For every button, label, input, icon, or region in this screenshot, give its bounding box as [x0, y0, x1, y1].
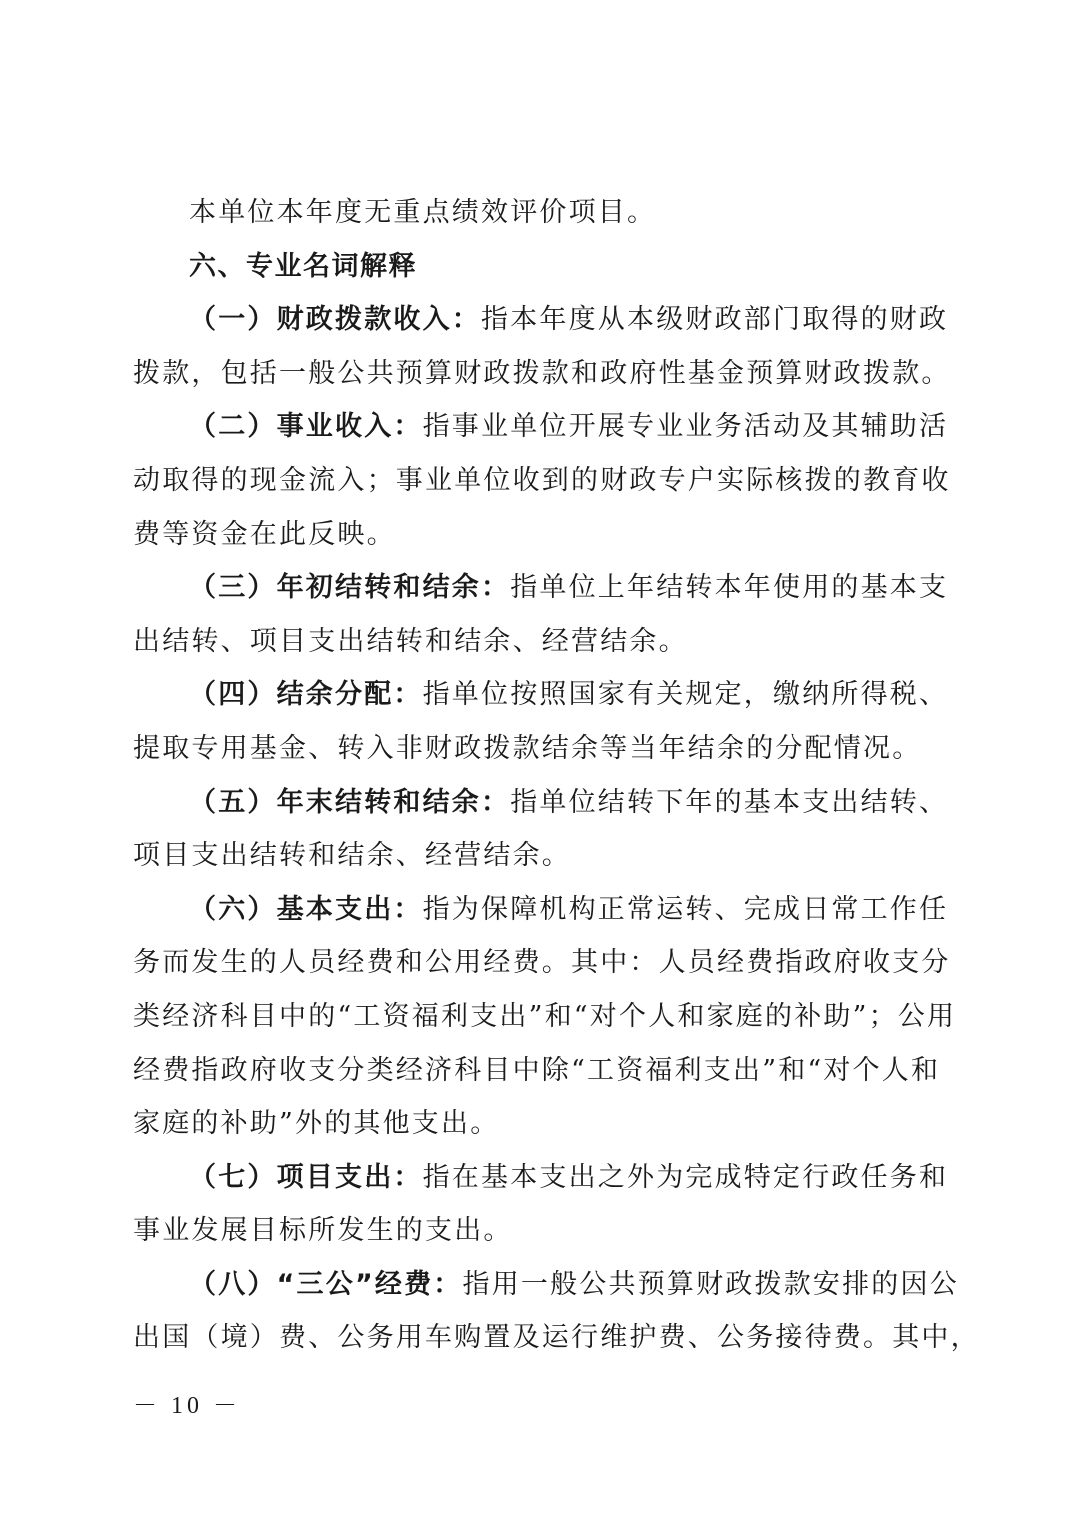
term-definition: 指为保障机构正常运转、完成日常工作任 [423, 894, 949, 925]
term-label: （七）项目支出： [189, 1162, 423, 1193]
section-heading: 六、专业名词解释 [133, 240, 945, 294]
term-continuation: 费等资金在此反映。 [133, 508, 945, 562]
term-label: （四）结余分配： [189, 679, 423, 710]
term-paragraph-2: （二）事业收入：指事业单位开展专业业务活动及其辅助活 [133, 400, 945, 454]
term-continuation: 出国（境）费、公务用车购置及运行维护费、公务接待费。其中， [133, 1311, 945, 1365]
term-definition: 指用一般公共预算财政拨款安排的因公 [463, 1269, 959, 1300]
term-paragraph-8: （八）“三公”经费：指用一般公共预算财政拨款安排的因公 [133, 1258, 945, 1312]
term-continuation: 务而发生的人员经费和公用经费。其中：人员经费指政府收支分 [133, 936, 945, 990]
term-paragraph-5: （五）年末结转和结余：指单位结转下年的基本支出结转、 [133, 776, 945, 830]
term-continuation: 出结转、项目支出结转和结余、经营结余。 [133, 615, 945, 669]
term-paragraph-7: （七）项目支出：指在基本支出之外为完成特定行政任务和 [133, 1151, 945, 1205]
document-page: 本单位本年度无重点绩效评价项目。 六、专业名词解释 （一）财政拨款收入：指本年度… [133, 186, 945, 1365]
term-label: （六）基本支出： [189, 894, 423, 925]
term-continuation: 项目支出结转和结余、经营结余。 [133, 829, 945, 883]
term-label: （八）“三公”经费： [189, 1269, 463, 1300]
term-paragraph-6: （六）基本支出：指为保障机构正常运转、完成日常工作任 [133, 883, 945, 937]
intro-paragraph: 本单位本年度无重点绩效评价项目。 [133, 186, 945, 240]
term-definition: 指本年度从本级财政部门取得的财政 [481, 304, 948, 335]
term-continuation: 拨款，包括一般公共预算财政拨款和政府性基金预算财政拨款。 [133, 347, 945, 401]
term-paragraph-3: （三）年初结转和结余：指单位上年结转本年使用的基本支 [133, 561, 945, 615]
term-label: （五）年末结转和结余： [189, 787, 510, 818]
term-continuation: 经费指政府收支分类经济科目中除“工资福利支出”和“对个人和 [133, 1044, 945, 1098]
term-continuation: 提取专用基金、转入非财政拨款结余等当年结余的分配情况。 [133, 722, 945, 776]
term-definition: 指事业单位开展专业业务活动及其辅助活 [423, 411, 949, 442]
term-label: （二）事业收入： [189, 411, 423, 442]
term-continuation: 事业发展目标所发生的支出。 [133, 1204, 945, 1258]
term-continuation: 类经济科目中的“工资福利支出”和“对个人和家庭的补助”；公用 [133, 990, 945, 1044]
term-continuation: 动取得的现金流入；事业单位收到的财政专户实际核拨的教育收 [133, 454, 945, 508]
term-definition: 指单位结转下年的基本支出结转、 [510, 787, 948, 818]
term-paragraph-1: （一）财政拨款收入：指本年度从本级财政部门取得的财政 [133, 293, 945, 347]
term-definition: 指在基本支出之外为完成特定行政任务和 [423, 1162, 949, 1193]
term-definition: 指单位上年结转本年使用的基本支 [510, 572, 948, 603]
page-number: － 10 － [133, 1385, 241, 1420]
term-definition: 指单位按照国家有关规定，缴纳所得税、 [423, 679, 949, 710]
term-paragraph-4: （四）结余分配：指单位按照国家有关规定，缴纳所得税、 [133, 668, 945, 722]
term-label: （一）财政拨款收入： [189, 304, 481, 335]
term-label: （三）年初结转和结余： [189, 572, 510, 603]
term-continuation: 家庭的补助”外的其他支出。 [133, 1097, 945, 1151]
